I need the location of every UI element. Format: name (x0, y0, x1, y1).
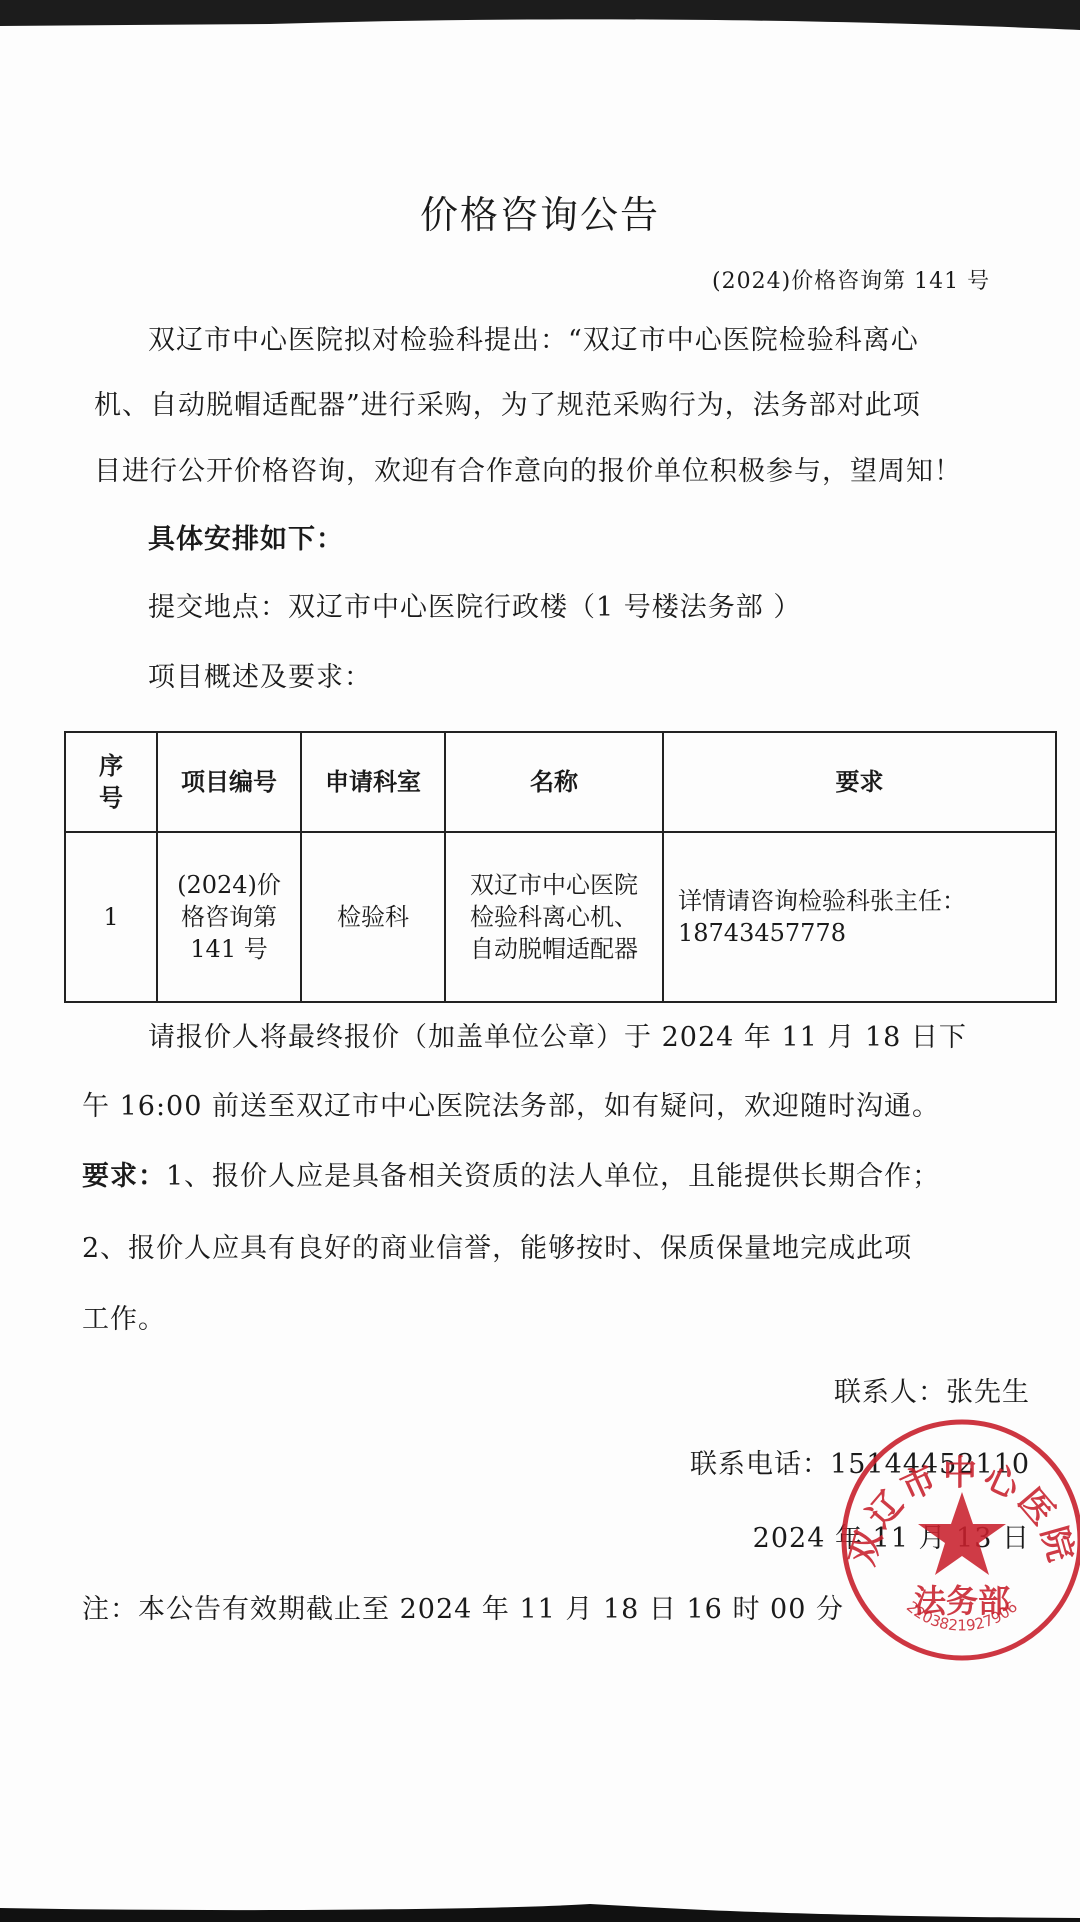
cell-requirement: 详情请咨询检验科张主任： 18743457778 (663, 832, 1056, 1002)
intro-line-3: 目进行公开价格咨询，欢迎有合作意向的报价单位积极参与，望周知！ (94, 455, 962, 489)
arrangement-heading: 具体安排如下： (148, 523, 344, 557)
cell-department: 检验科 (301, 832, 445, 1002)
validity-note: 注：本公告有效期截止至 2024 年 11 月 18 日 16 时 00 分 (82, 1593, 844, 1627)
table-row: 1 (2024)价 格咨询第 141 号 检验科 双辽市中心医院 检验科离心机、… (65, 832, 1056, 1002)
photo-bottom-edge (0, 1902, 1080, 1922)
header-requirement: 要求 (663, 732, 1056, 832)
requirement-2-line-2: 工作。 (82, 1303, 166, 1337)
page-title: 价格咨询公告 (0, 192, 1080, 238)
table-header-row: 序号 项目编号 申请科室 名称 要求 (65, 732, 1056, 832)
reference-number: (2024)价格咨询第 141 号 (712, 265, 990, 299)
header-project-no: 项目编号 (157, 732, 301, 832)
overview-heading: 项目概述及要求： (148, 661, 372, 695)
intro-line-1: 双辽市中心医院拟对检验科提出：“双辽市中心医院检验科离心 (148, 324, 919, 358)
header-seq: 序号 (65, 732, 157, 832)
submission-location: 提交地点：双辽市中心医院行政楼（1 号楼法务部 ） (148, 591, 801, 625)
header-department: 申请科室 (301, 732, 445, 832)
cell-project-no: (2024)价 格咨询第 141 号 (157, 832, 301, 1002)
project-table: 序号 项目编号 申请科室 名称 要求 1 (2024)价 格咨询第 141 号 … (64, 731, 1057, 1003)
deadline-line-2: 午 16:00 前送至双辽市中心医院法务部，如有疑问，欢迎随时沟通。 (82, 1090, 940, 1124)
official-seal-icon: 双辽市中心医院 法务部 2203821927906 (836, 1414, 1080, 1666)
intro-line-2: 机、自动脱帽适配器”进行采购，为了规范采购行为，法务部对此项 (94, 389, 921, 423)
deadline-line-1: 请报价人将最终报价（加盖单位公章）于 2024 年 11 月 18 日下 (148, 1021, 967, 1055)
requirement-2-line-1: 2、报价人应具有良好的商业信誉，能够按时、保质保量地完成此项 (82, 1232, 912, 1266)
cell-name: 双辽市中心医院 检验科离心机、 自动脱帽适配器 (445, 832, 663, 1002)
contact-person: 联系人：张先生 (834, 1376, 1030, 1410)
cell-seq: 1 (65, 832, 157, 1002)
photo-top-edge (0, 0, 1080, 34)
header-name: 名称 (445, 732, 663, 832)
requirement-1: 要求：1、报价人应是具备相关资质的法人单位，且能提供长期合作； (82, 1160, 940, 1194)
